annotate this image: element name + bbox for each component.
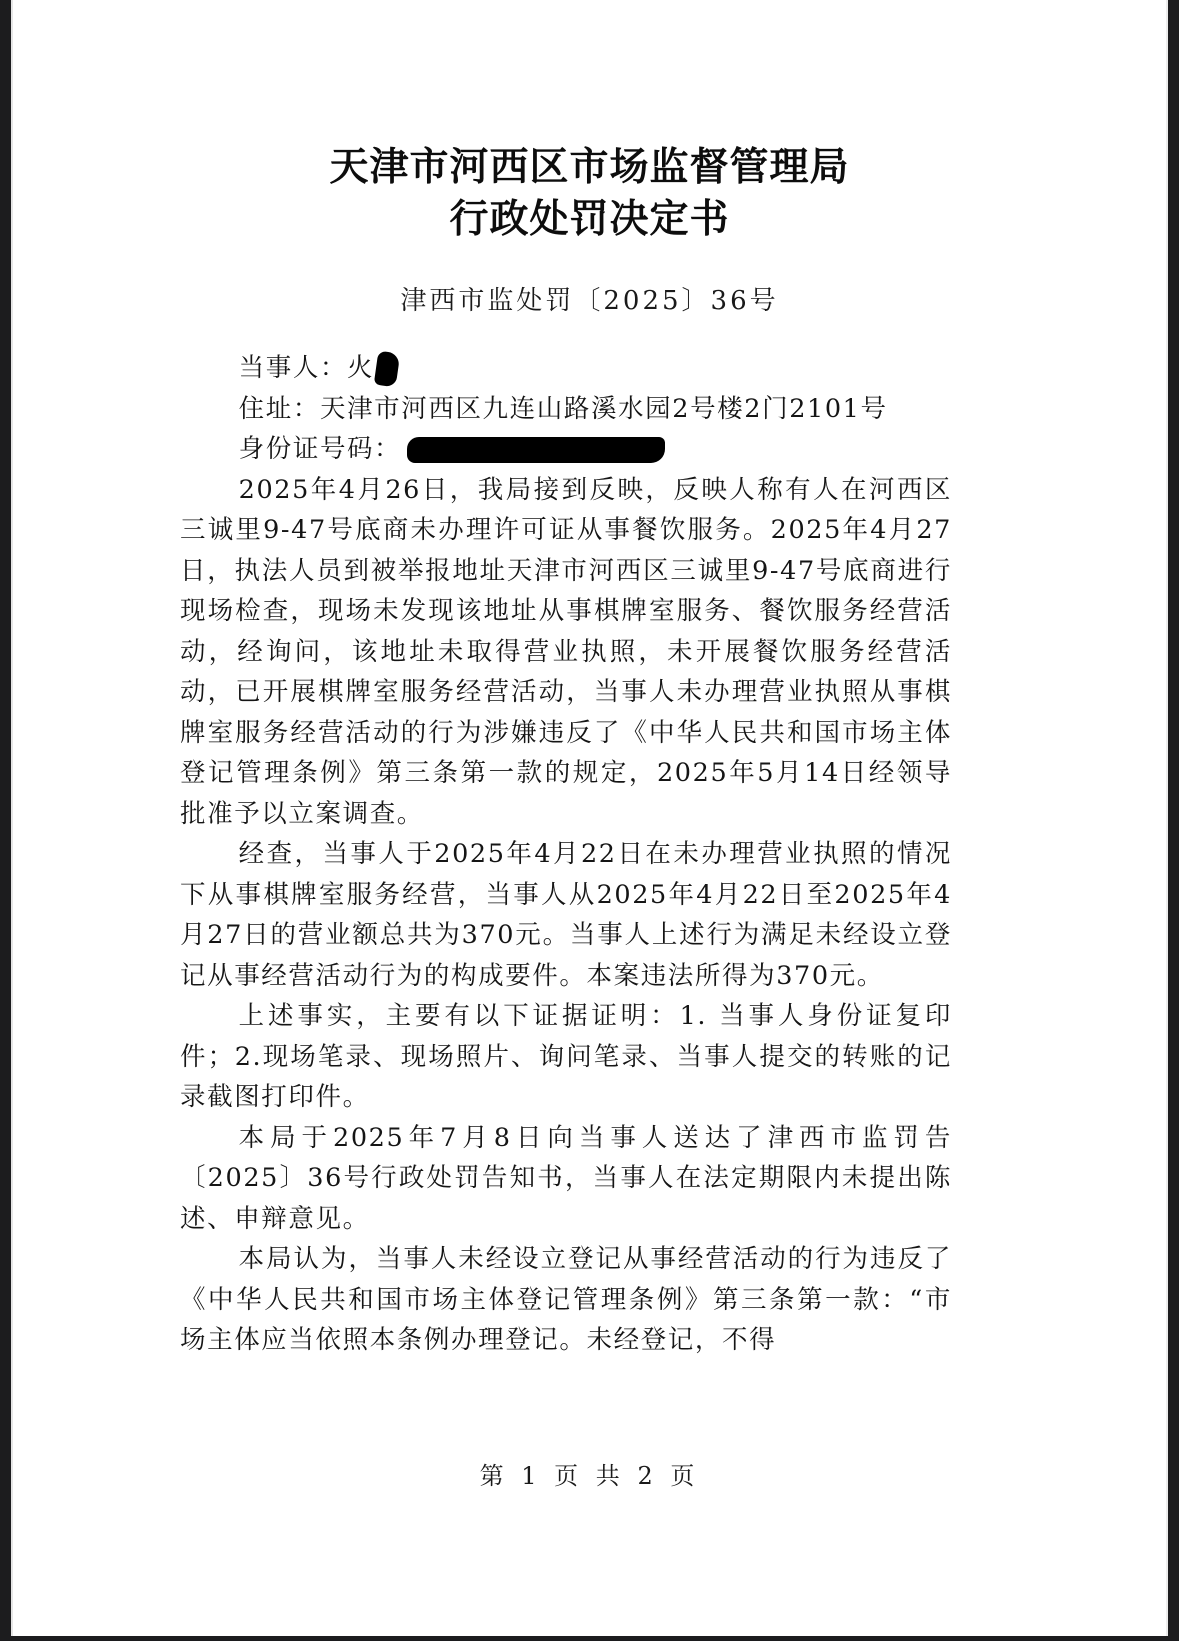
paragraph-findings: 经查，当事人于2025年4月22日在未办理营业执照的情况下从事棋牌室服务经营，当… bbox=[180, 834, 952, 996]
party-field: 当事人：火 bbox=[180, 348, 952, 389]
document-page: 天津市河西区市场监督管理局 行政处罚决定书 津西市监处罚〔2025〕36号 当事… bbox=[11, 0, 1168, 1636]
redaction-name bbox=[374, 351, 401, 388]
redaction-id-number bbox=[407, 437, 665, 463]
paragraph-complaint: 2025年4月26日，我局接到反映，反映人称有人在河西区三诚里9-47号底商未办… bbox=[180, 470, 952, 835]
document-title-agency: 天津市河西区市场监督管理局 bbox=[13, 136, 1166, 192]
id-field: 身份证号码： bbox=[180, 429, 952, 470]
paragraph-notice: 本局于2025年7月8日向当事人送达了津西市监罚告〔2025〕36号行政处罚告知… bbox=[180, 1118, 952, 1240]
address-label: 住址： bbox=[239, 394, 320, 424]
address-value: 天津市河西区九连山路溪水园2号楼2门2101号 bbox=[320, 394, 888, 424]
id-label: 身份证号码： bbox=[239, 434, 402, 464]
document-body: 当事人：火 住址：天津市河西区九连山路溪水园2号楼2门2101号 身份证号码： … bbox=[180, 348, 952, 1361]
party-name: 火 bbox=[347, 353, 374, 383]
document-title-type: 行政处罚决定书 bbox=[13, 188, 1166, 244]
page-footer-pagination: 第 1 页 共 2 页 bbox=[13, 1456, 1166, 1491]
address-field: 住址：天津市河西区九连山路溪水园2号楼2门2101号 bbox=[180, 389, 952, 430]
document-number: 津西市监处罚〔2025〕36号 bbox=[13, 280, 1166, 317]
party-label: 当事人： bbox=[239, 353, 347, 383]
paragraph-legal-basis: 本局认为，当事人未经设立登记从事经营活动的行为违反了《中华人民共和国市场主体登记… bbox=[180, 1239, 952, 1361]
paragraph-evidence: 上述事实，主要有以下证据证明：1. 当事人身份证复印件；2.现场笔录、现场照片、… bbox=[180, 996, 952, 1118]
